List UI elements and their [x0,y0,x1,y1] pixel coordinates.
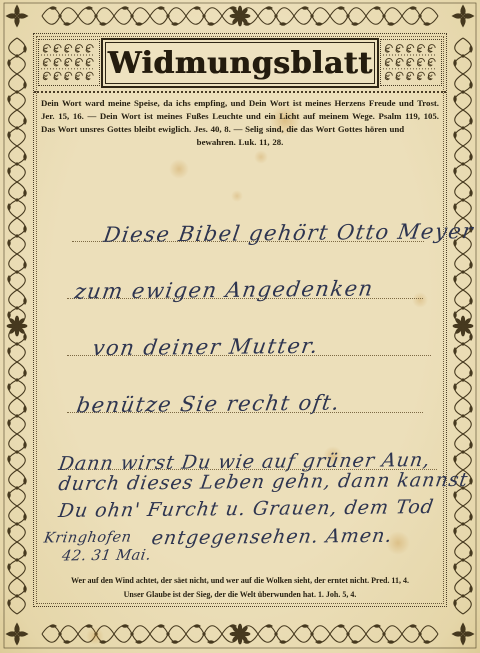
header: Widmungsblatt [34,34,446,93]
dedication-rule-2: zum ewigen Angedenken [67,260,423,299]
spiral-ornament-panel-left-icon [38,39,100,86]
handwritten-date: 42. 31 Mai. [61,548,152,565]
handwritten-line: von deiner Mutter. [91,334,321,360]
scripture-bottom-line2: Unser Glaube ist der Sieg, der die Welt … [46,588,433,602]
scripture-top-text: Dein Wort ward meine Speise, da ichs emp… [41,98,439,134]
title-inner-border: Widmungsblatt [105,42,375,84]
dedication-page: Widmungsblatt Dein Wort ward meine Speis… [0,0,480,653]
dedication-rule-3: von deiner Mutter. [67,317,431,356]
content-box: Widmungsblatt Dein Wort ward meine Speis… [33,33,447,607]
scripture-top-lastline: bewahren. Luk. 11, 28. [41,136,439,149]
dedication-rule-4: benütze Sie recht oft. [67,374,423,413]
verse-rule-1: Dann wirst Du wie auf grüner Aun, [59,431,437,470]
spiral-ornament-panel-right-icon [380,39,442,86]
handwritten-line: benütze Sie recht oft. [75,391,342,418]
handwritten-place: Kringhofen [43,530,133,547]
scripture-bottom: Wer auf den Wind achtet, der säet nicht,… [34,574,446,601]
handwritten-verse-line: Du ohn' Furcht u. Grauen, dem Tod [57,496,436,522]
dedication-rule-1: Diese Bibel gehört Otto Meyer [72,203,424,242]
handwritten-verse-line: durch dieses Leben gehn, dann kannst [57,469,470,495]
scripture-top: Dein Wort ward meine Speise, da ichs emp… [41,97,439,149]
handwritten-owner-line: Diese Bibel gehört Otto Meyer [102,219,476,247]
scripture-bottom-line1: Wer auf den Wind achtet, der säet nicht,… [46,574,433,588]
title-box: Widmungsblatt [101,38,379,88]
page-title: Widmungsblatt [108,46,373,81]
handwritten-line: zum ewigen Angedenken [73,276,376,303]
handwritten-verse-line: entgegensehen. Amen. [150,525,394,550]
